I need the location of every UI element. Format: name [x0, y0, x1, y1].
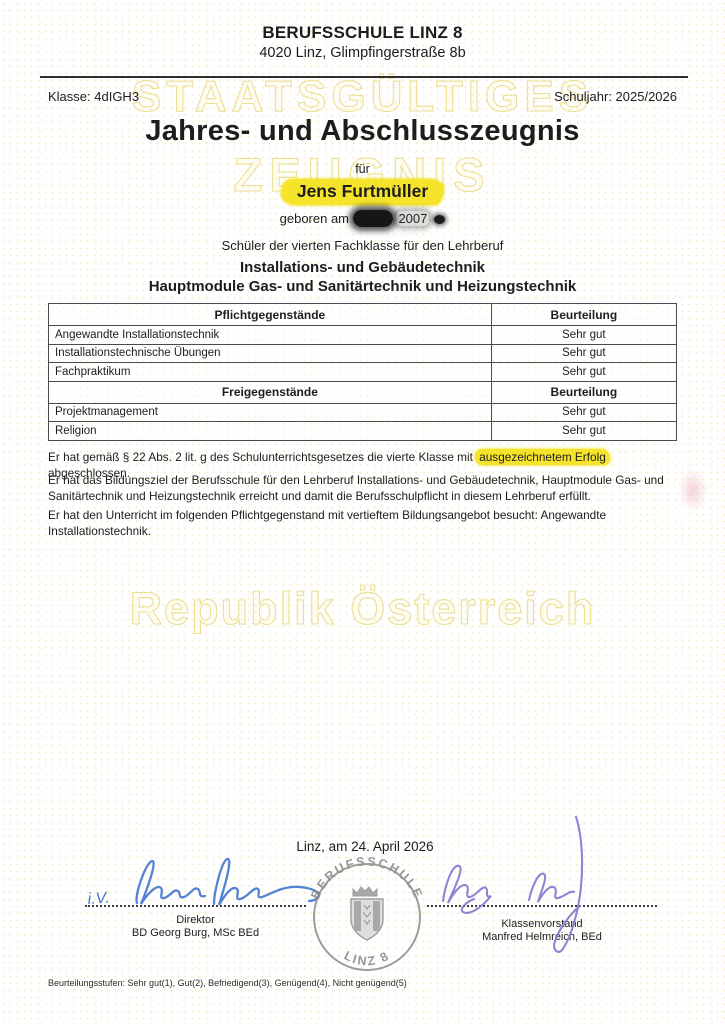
director-signature-ink — [137, 859, 319, 905]
school-name: BERUFSSCHULE LINZ 8 — [0, 23, 725, 43]
document-title: Jahres- und Abschlusszeugnis — [0, 115, 725, 148]
table-row: Fachpraktikum Sehr gut — [49, 363, 677, 382]
stamp-bottom-text: LINZ 8 — [342, 949, 392, 969]
table-row: Installationstechnische Übungen Sehr gut — [49, 344, 677, 363]
subject-cell: Installationstechnische Übungen — [49, 344, 492, 363]
school-stamp: BERUFSSCHULE LINZ 8 — [308, 854, 425, 970]
stamp-ring — [314, 864, 420, 970]
table-header-row: Pflichtgegenstände Beurteilung — [49, 304, 677, 326]
pupil-description: Schüler der vierten Fachklasse für den L… — [0, 238, 725, 253]
birthdate-redaction: 6. Ju — [353, 210, 393, 227]
optional-subjects-header: Freigegenstände — [49, 381, 492, 403]
classhead-signature-line — [427, 905, 657, 907]
grades-table: Pflichtgegenstände Beurteilung Angewandt… — [48, 303, 677, 441]
director-name: BD Georg Burg, MSc BEd — [85, 927, 306, 940]
director-label-block: Direktor BD Georg Burg, MSc BEd — [85, 914, 306, 940]
subject-cell: Projektmanagement — [49, 403, 492, 422]
paragraph-education-goal: Er hat das Bildungsziel der Berufsschule… — [48, 473, 680, 504]
subject-cell: Angewandte Installationstechnik — [49, 326, 492, 345]
watermark-republik-oesterreich: Republik Österreich — [0, 583, 725, 635]
stamp-top-text: BERUFSSCHULE — [308, 854, 425, 901]
director-role: Direktor — [85, 914, 306, 927]
grade-column-header: Beurteilung — [491, 381, 676, 403]
birthdate-prefix: geboren am — [280, 211, 349, 226]
subject-cell: Fachpraktikum — [49, 363, 492, 382]
school-address: 4020 Linz, Glimpfingerstraße 8b — [0, 45, 725, 61]
class-label: Klasse: 4dIGH3 — [48, 89, 139, 104]
grade-cell: Sehr gut — [491, 403, 676, 422]
profession-line-1: Installations- und Gebäudetechnik — [0, 259, 725, 276]
director-signature-line — [85, 905, 306, 907]
grade-column-header: Beurteilung — [491, 304, 676, 326]
distinction-highlighted: ausgezeichnetem Erfolg — [475, 449, 610, 465]
table-row: Angewandte Installationstechnik Sehr gut — [49, 326, 677, 345]
grade-cell: Sehr gut — [491, 422, 676, 441]
place-and-date: Linz, am 24. April 2026 — [165, 839, 565, 854]
profession-line-2: Hauptmodule Gas- und Sanitärtechnik und … — [0, 278, 725, 295]
grade-cell: Sehr gut — [491, 326, 676, 345]
paragraph-advanced-subject: Er hat den Unterricht im folgenden Pflic… — [48, 508, 680, 539]
classhead-role: Klassenvorstand — [427, 918, 657, 931]
birth-year: 2007 — [396, 211, 429, 226]
classhead-name: Manfred Helmreich, BEd — [427, 931, 657, 944]
scan-ink-smudge — [678, 468, 708, 512]
school-year-label: Schuljahr: 2025/2026 — [554, 89, 677, 104]
paragraph-text: Er hat gemäß § 22 Abs. 2 lit. g des Schu… — [48, 450, 473, 464]
classhead-label-block: Klassenvorstand Manfred Helmreich, BEd — [427, 918, 657, 944]
table-row: Religion Sehr gut — [49, 422, 677, 441]
student-name-line: Jens Furtmüller — [0, 179, 725, 205]
header-divider — [40, 76, 688, 78]
for-label: für — [0, 162, 725, 176]
grade-cell: Sehr gut — [491, 344, 676, 363]
redaction-dot — [434, 215, 445, 224]
certificate-page: STAATSGÜLTIGES ZEUGNIS Republik Österrei… — [0, 0, 725, 1024]
svg-text:LINZ 8: LINZ 8 — [342, 949, 392, 969]
grading-scale-footnote: Beurteilungsstufen: Sehr gut(1), Gut(2),… — [48, 978, 407, 988]
student-name-highlighted: Jens Furtmüller — [281, 179, 444, 205]
compulsory-subjects-header: Pflichtgegenstände — [49, 304, 492, 326]
table-header-row: Freigegenstände Beurteilung — [49, 381, 677, 403]
subject-cell: Religion — [49, 422, 492, 441]
stamp-coat-of-arms-icon — [351, 887, 383, 940]
table-row: Projektmanagement Sehr gut — [49, 403, 677, 422]
grade-cell: Sehr gut — [491, 363, 676, 382]
svg-text:BERUFSSCHULE: BERUFSSCHULE — [308, 854, 425, 901]
birthdate-line: geboren am 6. Ju 2007 — [0, 211, 725, 226]
